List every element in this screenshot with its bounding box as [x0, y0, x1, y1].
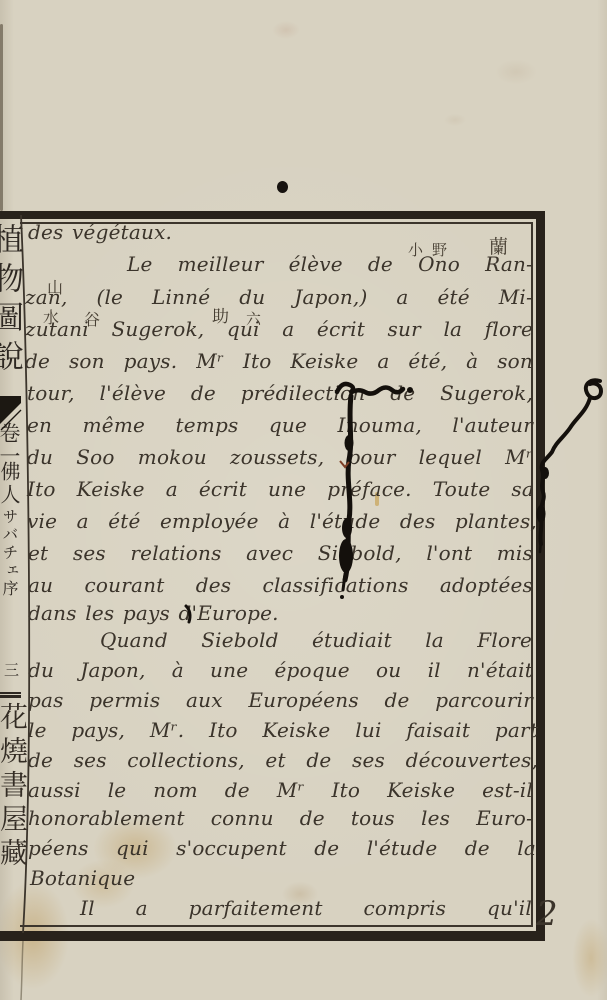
fold-line-lower: [21, 941, 23, 1000]
manuscript-line: du Japon, à une époque ou il n'était: [28, 658, 533, 682]
manuscript-line: en même temps que Inouma, l'auteur: [27, 413, 533, 437]
margin-double-rule: [0, 692, 21, 698]
margin-collection-mark: 花燒書屋藏: [0, 702, 26, 872]
fishtail-mark: [0, 396, 21, 424]
manuscript-line: vie a été employée à l'étude des plantes…: [27, 509, 537, 533]
manuscript-line: dans les pays d'Europe.: [28, 601, 279, 625]
manuscript-line: zan, (le Linné du Japon,) a été Mi-: [25, 285, 533, 309]
frame-border-top: [0, 211, 545, 219]
manuscript-line: Ito Keiske a écrit une préface. Toute sa: [27, 477, 534, 501]
ink-squiggle-right: [537, 380, 602, 552]
manuscript-line: de ses collections, et de ses découverte…: [28, 748, 538, 772]
manuscript-line: Il a parfaitement compris qu'il: [80, 896, 532, 920]
page-edge-shadow: [0, 24, 3, 211]
manuscript-line: des végétaux.: [28, 220, 172, 244]
manuscript-line: zutani Sugerok, qui a écrit sur la flore: [25, 317, 533, 341]
frame-border-bottom: [0, 931, 545, 941]
manuscript-line: au courant des classifications adoptées: [28, 573, 533, 597]
page-number: 2: [536, 894, 558, 934]
manuscript-line: et ses relations avec Siebold, l'ont mis: [28, 541, 533, 565]
manuscript-line: Quand Siebold étudiait la Flore: [100, 628, 532, 652]
manuscript-line: tour, l'élève de prédilection de Sugerok…: [27, 381, 533, 405]
punch-hole-dot: [277, 181, 288, 193]
margin-title: 植物圖說: [0, 223, 20, 379]
manuscript-line: honorablement connu de tous les Euro-: [28, 806, 533, 830]
manuscript-line: pas permis aux Européens de parcourir: [28, 688, 533, 712]
manuscript-line: aussi le nom de Mʳ Ito Keiske est-il: [28, 778, 533, 802]
frame-border-right: [536, 211, 545, 941]
manuscript-page: 植物圖說 卷一 佛人 サバチェ序 三 花燒書屋藏 小野 蘭 山 水 谷 助 六 …: [0, 0, 607, 1000]
manuscript-line: du Soo mokou zoussets, pour lequel Mʳ: [27, 445, 533, 469]
manuscript-line: de son pays. Mʳ Ito Keiske a été, à son: [25, 349, 533, 373]
manuscript-line: le pays, Mʳ. Ito Keiske lui faisait part: [28, 718, 538, 742]
manuscript-line: Le meilleur élève de Ono Ran-: [127, 252, 533, 276]
manuscript-line: péens qui s'occupent de l'étude de la: [28, 836, 536, 860]
manuscript-line: Botanique: [30, 866, 135, 890]
margin-folio-number: 三: [3, 662, 18, 677]
margin-author-origin: 佛人: [0, 461, 19, 507]
margin-preface-label: サバチェ序: [1, 508, 17, 598]
